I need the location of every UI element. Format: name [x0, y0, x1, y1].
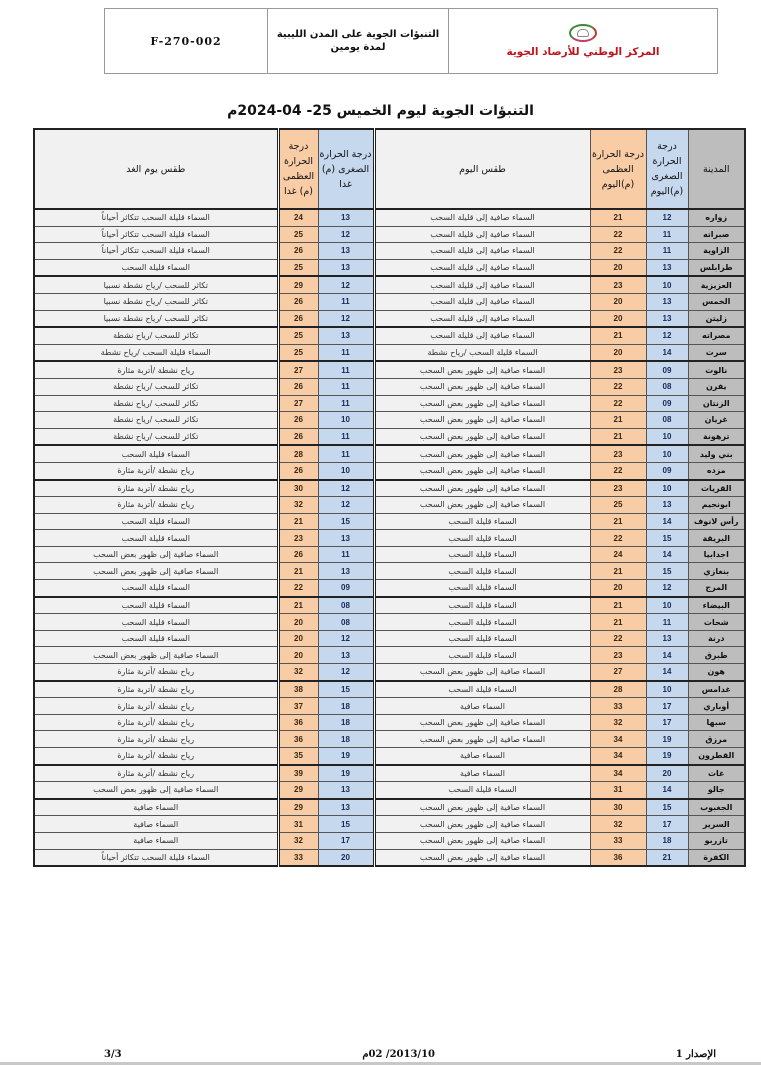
- cell-weather-today: السماء صافية: [374, 698, 590, 715]
- cell-max-today: 34: [590, 748, 646, 765]
- table-row: طبرق1423السماء قليلة السحب1320السماء صاف…: [34, 647, 745, 664]
- cell-weather-tomorrow: السماء قليلة السحب تتكاثر أحياناً: [34, 226, 278, 243]
- document-title-cell: التنبؤات الجوية على المدن الليبية لمدة ي…: [268, 9, 449, 73]
- cell-max-today: 20: [590, 293, 646, 310]
- cell-max-tomorrow: 36: [278, 714, 318, 731]
- cell-min-tomorrow: 08: [318, 597, 374, 614]
- cell-max-today: 22: [590, 530, 646, 547]
- cell-max-tomorrow: 21: [278, 513, 318, 530]
- cell-weather-today: السماء قليلة السحب: [374, 563, 590, 580]
- cell-city: العزيزية: [688, 276, 745, 293]
- cell-weather-tomorrow: رياح نشطة /أتربة مثارة: [34, 681, 278, 698]
- cell-weather-tomorrow: تكاثر للسحب /رياح نشطة: [34, 412, 278, 429]
- cell-min-tomorrow: 19: [318, 765, 374, 782]
- table-row: هون1427السماء صافية إلى ظهور بعض السحب12…: [34, 664, 745, 681]
- issue-date: 2013/10/ 02م: [362, 1049, 435, 1060]
- table-row: رأس لانوف1421السماء قليلة السحب1521السما…: [34, 513, 745, 530]
- cell-min-tomorrow: 13: [318, 530, 374, 547]
- cell-weather-tomorrow: رياح نشطة /أتربة مثارة: [34, 497, 278, 514]
- table-row: ترهونة1021السماء صافية إلى ظهور بعض السح…: [34, 428, 745, 445]
- form-code: F-270-002: [105, 9, 268, 73]
- cell-max-today: 30: [590, 799, 646, 816]
- cell-min-tomorrow: 15: [318, 513, 374, 530]
- cell-min-today: 08: [646, 412, 688, 429]
- cell-city: طرابلس: [688, 259, 745, 276]
- cell-weather-today: السماء صافية إلى ظهور بعض السحب: [374, 799, 590, 816]
- cloud-emblem-icon: [569, 24, 597, 42]
- cell-min-tomorrow: 11: [318, 378, 374, 395]
- cell-city: ابونجيم: [688, 497, 745, 514]
- header-city: المدينة: [688, 129, 745, 209]
- cell-city: رأس لانوف: [688, 513, 745, 530]
- cell-max-tomorrow: 26: [278, 546, 318, 563]
- cell-min-today: 19: [646, 748, 688, 765]
- table-row: يفرن0822السماء صافية إلى ظهور بعض السحب1…: [34, 378, 745, 395]
- table-row: زليتن1320السماء صافية إلى قليلة السحب122…: [34, 310, 745, 327]
- cell-weather-tomorrow: السماء قليلة السحب تتكاثر أحياناً: [34, 243, 278, 260]
- cell-max-tomorrow: 20: [278, 614, 318, 631]
- table-row: القريات1023السماء صافية إلى ظهور بعض الس…: [34, 480, 745, 497]
- table-row: ابونجيم1325السماء صافية إلى ظهور بعض الس…: [34, 497, 745, 514]
- cell-city: زواره: [688, 209, 745, 226]
- cell-weather-today: السماء صافية إلى ظهور بعض السحب: [374, 832, 590, 849]
- cell-weather-tomorrow: السماء صافية إلى ظهور بعض السحب: [34, 563, 278, 580]
- cell-max-today: 21: [590, 209, 646, 226]
- header-weather-today: طقس اليوم: [374, 129, 590, 209]
- cell-min-today: 21: [646, 849, 688, 866]
- cell-weather-today: السماء صافية إلى ظهور بعض السحب: [374, 664, 590, 681]
- cell-weather-today: السماء صافية إلى ظهور بعض السحب: [374, 462, 590, 479]
- table-row: مرزق1934السماء صافية إلى ظهور بعض السحب1…: [34, 731, 745, 748]
- cell-max-today: 22: [590, 226, 646, 243]
- cell-max-tomorrow: 25: [278, 327, 318, 344]
- cell-weather-today: السماء صافية إلى ظهور بعض السحب: [374, 395, 590, 412]
- cell-city: الخمس: [688, 293, 745, 310]
- cell-city: الجغبوب: [688, 799, 745, 816]
- table-row: الكفرة2136السماء صافية إلى ظهور بعض السح…: [34, 849, 745, 866]
- cell-weather-tomorrow: رياح نشطة /أتربة مثارة: [34, 748, 278, 765]
- cell-max-today: 24: [590, 546, 646, 563]
- cell-min-today: 13: [646, 630, 688, 647]
- cell-weather-today: السماء صافية إلى قليلة السحب: [374, 276, 590, 293]
- cell-weather-today: السماء قليلة السحب: [374, 546, 590, 563]
- cell-city: السرير: [688, 816, 745, 833]
- cell-max-today: 21: [590, 327, 646, 344]
- cell-min-today: 17: [646, 698, 688, 715]
- cell-min-today: 14: [646, 782, 688, 799]
- cell-max-today: 23: [590, 480, 646, 497]
- cell-max-tomorrow: 28: [278, 445, 318, 462]
- cell-max-today: 22: [590, 462, 646, 479]
- cell-weather-tomorrow: السماء قليلة السحب: [34, 614, 278, 631]
- cell-weather-tomorrow: السماء قليلة السحب: [34, 597, 278, 614]
- cell-weather-today: السماء صافية إلى ظهور بعض السحب: [374, 497, 590, 514]
- cell-city: بني وليد: [688, 445, 745, 462]
- cell-max-tomorrow: 27: [278, 361, 318, 378]
- cell-max-today: 21: [590, 614, 646, 631]
- organization-name: المركز الوطني للأرصاد الجوية: [506, 46, 659, 58]
- cell-max-today: 23: [590, 647, 646, 664]
- cell-city: يفرن: [688, 378, 745, 395]
- cell-min-tomorrow: 13: [318, 799, 374, 816]
- cell-max-today: 34: [590, 731, 646, 748]
- cell-min-today: 13: [646, 293, 688, 310]
- cell-min-tomorrow: 11: [318, 344, 374, 361]
- cell-weather-today: السماء صافية إلى ظهور بعض السحب: [374, 849, 590, 866]
- table-row: البيضاء1021السماء قليلة السحب0821السماء …: [34, 597, 745, 614]
- page-title: التنبؤات الجوية ليوم الخميس 25- 04-2024م: [0, 103, 761, 119]
- cell-min-today: 14: [646, 664, 688, 681]
- cell-min-today: 15: [646, 799, 688, 816]
- cell-weather-today: السماء قليلة السحب: [374, 597, 590, 614]
- cell-weather-today: السماء قليلة السحب: [374, 580, 590, 597]
- cell-max-tomorrow: 39: [278, 765, 318, 782]
- cell-max-today: 23: [590, 276, 646, 293]
- cell-city: طبرق: [688, 647, 745, 664]
- cell-max-tomorrow: 27: [278, 395, 318, 412]
- cell-min-today: 12: [646, 580, 688, 597]
- cell-min-tomorrow: 13: [318, 243, 374, 260]
- cell-min-today: 14: [646, 647, 688, 664]
- cell-max-today: 21: [590, 597, 646, 614]
- table-row: اجدابيا1424السماء قليلة السحب1126السماء …: [34, 546, 745, 563]
- cell-weather-today: السماء صافية إلى قليلة السحب: [374, 259, 590, 276]
- table-row: نالوت0923السماء صافية إلى ظهور بعض السحب…: [34, 361, 745, 378]
- cell-weather-tomorrow: رياح نشطة /أتربة مثارة: [34, 480, 278, 497]
- cell-weather-tomorrow: السماء صافية إلى ظهور بعض السحب: [34, 782, 278, 799]
- cell-max-today: 25: [590, 497, 646, 514]
- cell-max-tomorrow: 26: [278, 462, 318, 479]
- cell-min-tomorrow: 10: [318, 462, 374, 479]
- cell-max-tomorrow: 32: [278, 497, 318, 514]
- cell-max-today: 36: [590, 849, 646, 866]
- cell-weather-today: السماء صافية إلى قليلة السحب: [374, 327, 590, 344]
- forecast-table: المدينة درجة الحرارة الصغرى (م)اليوم درج…: [33, 128, 746, 867]
- cell-max-tomorrow: 26: [278, 293, 318, 310]
- table-row: صبراته1122السماء صافية إلى قليلة السحب12…: [34, 226, 745, 243]
- table-row: طرابلس1320السماء صافية إلى قليلة السحب13…: [34, 259, 745, 276]
- cell-max-today: 22: [590, 378, 646, 395]
- cell-weather-today: السماء قليلة السحب: [374, 614, 590, 631]
- cell-max-today: 20: [590, 259, 646, 276]
- cell-city: الكفرة: [688, 849, 745, 866]
- document-title-line2: لمدة يومين: [277, 41, 439, 54]
- cell-max-today: 33: [590, 698, 646, 715]
- cell-max-today: 22: [590, 395, 646, 412]
- cell-min-today: 09: [646, 361, 688, 378]
- cell-weather-today: السماء صافية إلى ظهور بعض السحب: [374, 428, 590, 445]
- cell-weather-tomorrow: السماء قليلة السحب: [34, 259, 278, 276]
- cell-max-today: 22: [590, 243, 646, 260]
- cell-weather-tomorrow: السماء قليلة السحب: [34, 513, 278, 530]
- cell-weather-tomorrow: تكاثر للسحب /رياح نشطة: [34, 428, 278, 445]
- cell-min-tomorrow: 17: [318, 832, 374, 849]
- cell-city: سبها: [688, 714, 745, 731]
- cell-min-tomorrow: 11: [318, 445, 374, 462]
- cell-min-tomorrow: 08: [318, 614, 374, 631]
- cell-weather-today: السماء صافية: [374, 748, 590, 765]
- cell-min-tomorrow: 12: [318, 630, 374, 647]
- cell-max-today: 21: [590, 428, 646, 445]
- cell-max-tomorrow: 20: [278, 647, 318, 664]
- cell-min-today: 13: [646, 259, 688, 276]
- cell-min-tomorrow: 11: [318, 428, 374, 445]
- organization-cell: المركز الوطني للأرصاد الجوية: [449, 9, 717, 73]
- cell-min-today: 14: [646, 546, 688, 563]
- cell-max-today: 27: [590, 664, 646, 681]
- cell-min-tomorrow: 10: [318, 412, 374, 429]
- cell-weather-today: السماء قليلة السحب: [374, 647, 590, 664]
- cell-city: مصراته: [688, 327, 745, 344]
- cell-city: صبراته: [688, 226, 745, 243]
- page-number: 3/3: [104, 1049, 122, 1060]
- table-row: غدامس1028السماء قليلة السحب1538رياح نشطة…: [34, 681, 745, 698]
- cell-min-tomorrow: 12: [318, 276, 374, 293]
- cell-min-today: 18: [646, 832, 688, 849]
- cell-max-tomorrow: 25: [278, 259, 318, 276]
- cell-weather-today: السماء قليلة السحب: [374, 513, 590, 530]
- cell-weather-tomorrow: السماء صافية: [34, 832, 278, 849]
- cell-max-tomorrow: 26: [278, 412, 318, 429]
- cell-min-today: 13: [646, 497, 688, 514]
- cell-max-today: 21: [590, 513, 646, 530]
- cell-city: اجدابيا: [688, 546, 745, 563]
- table-row: مصراته1221السماء صافية إلى قليلة السحب13…: [34, 327, 745, 344]
- header-min-tomorrow: درجة الحرارة الصغرى (م) غدا: [318, 129, 374, 209]
- cell-max-tomorrow: 36: [278, 731, 318, 748]
- cell-min-tomorrow: 20: [318, 849, 374, 866]
- cell-city: مزده: [688, 462, 745, 479]
- cell-city: هون: [688, 664, 745, 681]
- cell-city: الزاوية: [688, 243, 745, 260]
- cell-min-tomorrow: 15: [318, 816, 374, 833]
- table-row: سرت1420السماء قليلة السحب /رياح نشطة1125…: [34, 344, 745, 361]
- cell-max-tomorrow: 35: [278, 748, 318, 765]
- document-header: F-270-002 التنبؤات الجوية على المدن اللي…: [104, 8, 718, 74]
- cell-weather-tomorrow: السماء قليلة السحب تتكاثر أحياناً: [34, 209, 278, 226]
- table-row: السرير1732السماء صافية إلى ظهور بعض السح…: [34, 816, 745, 833]
- cell-weather-tomorrow: رياح نشطة /أتربة مثارة: [34, 714, 278, 731]
- cell-max-today: 31: [590, 782, 646, 799]
- cell-min-tomorrow: 19: [318, 748, 374, 765]
- table-row: الزاوية1122السماء صافية إلى قليلة السحب1…: [34, 243, 745, 260]
- cell-min-today: 11: [646, 226, 688, 243]
- cell-min-tomorrow: 13: [318, 327, 374, 344]
- cell-weather-today: السماء قليلة السحب: [374, 630, 590, 647]
- cell-weather-today: السماء صافية إلى ظهور بعض السحب: [374, 412, 590, 429]
- cell-weather-today: السماء صافية إلى ظهور بعض السحب: [374, 480, 590, 497]
- cell-max-today: 23: [590, 445, 646, 462]
- cell-weather-tomorrow: السماء صافية إلى ظهور بعض السحب: [34, 647, 278, 664]
- cell-min-today: 10: [646, 480, 688, 497]
- page-footer: 3/3 2013/10/ 02م الإصدار 1: [104, 1046, 716, 1062]
- cell-min-today: 09: [646, 395, 688, 412]
- cell-min-tomorrow: 11: [318, 293, 374, 310]
- table-row: المرج1220السماء قليلة السحب0922السماء قل…: [34, 580, 745, 597]
- cell-weather-tomorrow: رياح نشطة /أتربة مثارة: [34, 462, 278, 479]
- cell-weather-tomorrow: السماء قليلة السحب: [34, 580, 278, 597]
- cell-max-tomorrow: 25: [278, 226, 318, 243]
- cell-min-today: 15: [646, 563, 688, 580]
- cell-min-tomorrow: 12: [318, 664, 374, 681]
- cell-weather-today: السماء صافية إلى قليلة السحب: [374, 243, 590, 260]
- table-row: تازربو1833السماء صافية إلى ظهور بعض السح…: [34, 832, 745, 849]
- cell-weather-tomorrow: رياح نشطة /أتربة مثارة: [34, 765, 278, 782]
- cell-weather-today: السماء صافية إلى ظهور بعض السحب: [374, 445, 590, 462]
- cell-min-tomorrow: 18: [318, 731, 374, 748]
- table-row: أوباري1733السماء صافية1837رياح نشطة /أتر…: [34, 698, 745, 715]
- cell-weather-tomorrow: رياح نشطة /أتربة مثارة: [34, 664, 278, 681]
- cell-min-today: 09: [646, 462, 688, 479]
- cell-max-today: 21: [590, 412, 646, 429]
- cell-min-tomorrow: 09: [318, 580, 374, 597]
- cell-city: سرت: [688, 344, 745, 361]
- cell-max-tomorrow: 32: [278, 832, 318, 849]
- cell-weather-today: السماء قليلة السحب: [374, 681, 590, 698]
- cell-weather-today: السماء صافية إلى ظهور بعض السحب: [374, 714, 590, 731]
- table-row: جالو1431السماء قليلة السحب1329السماء صاف…: [34, 782, 745, 799]
- cell-city: ترهونة: [688, 428, 745, 445]
- cell-weather-tomorrow: تكاثر للسحب /رياح نشطة: [34, 327, 278, 344]
- cell-weather-today: السماء قليلة السحب: [374, 782, 590, 799]
- cell-city: تازربو: [688, 832, 745, 849]
- cell-max-today: 34: [590, 765, 646, 782]
- cell-city: القطرون: [688, 748, 745, 765]
- cell-max-tomorrow: 23: [278, 530, 318, 547]
- header-max-tomorrow: درجة الحرارة العظمى (م) غدا: [278, 129, 318, 209]
- cell-min-tomorrow: 18: [318, 698, 374, 715]
- cell-min-tomorrow: 18: [318, 714, 374, 731]
- cell-city: أوباري: [688, 698, 745, 715]
- cell-weather-today: السماء صافية إلى قليلة السحب: [374, 293, 590, 310]
- table-row: القطرون1934السماء صافية1935رياح نشطة /أت…: [34, 748, 745, 765]
- cell-weather-tomorrow: السماء صافية: [34, 816, 278, 833]
- cell-min-tomorrow: 11: [318, 395, 374, 412]
- cell-city: غدامس: [688, 681, 745, 698]
- cell-max-tomorrow: 22: [278, 580, 318, 597]
- cell-weather-today: السماء صافية إلى قليلة السحب: [374, 226, 590, 243]
- cell-max-tomorrow: 29: [278, 276, 318, 293]
- cell-min-today: 17: [646, 714, 688, 731]
- cell-min-today: 17: [646, 816, 688, 833]
- cell-min-tomorrow: 15: [318, 681, 374, 698]
- cell-weather-tomorrow: السماء قليلة السحب: [34, 445, 278, 462]
- header-min-today: درجة الحرارة الصغرى (م)اليوم: [646, 129, 688, 209]
- table-row: الخمس1320السماء صافية إلى قليلة السحب112…: [34, 293, 745, 310]
- cell-max-today: 32: [590, 714, 646, 731]
- cell-city: البريقة: [688, 530, 745, 547]
- cell-min-today: 15: [646, 530, 688, 547]
- cell-weather-tomorrow: السماء صافية إلى ظهور بعض السحب: [34, 546, 278, 563]
- cell-city: المرج: [688, 580, 745, 597]
- cell-max-tomorrow: 20: [278, 630, 318, 647]
- cell-max-tomorrow: 29: [278, 782, 318, 799]
- cell-max-tomorrow: 24: [278, 209, 318, 226]
- cell-min-today: 13: [646, 310, 688, 327]
- cell-min-today: 19: [646, 731, 688, 748]
- cell-max-tomorrow: 37: [278, 698, 318, 715]
- table-row: غات2034السماء صافية1939رياح نشطة /أتربة …: [34, 765, 745, 782]
- cell-weather-tomorrow: تكاثر للسحب /رياح نشطة نسبيا: [34, 276, 278, 293]
- cell-city: غريان: [688, 412, 745, 429]
- cell-min-tomorrow: 13: [318, 782, 374, 799]
- cell-max-today: 33: [590, 832, 646, 849]
- cell-city: الزنتان: [688, 395, 745, 412]
- table-header-row: المدينة درجة الحرارة الصغرى (م)اليوم درج…: [34, 129, 745, 209]
- cell-weather-tomorrow: تكاثر للسحب /رياح نشطة: [34, 378, 278, 395]
- cell-city: القريات: [688, 480, 745, 497]
- cell-min-today: 11: [646, 243, 688, 260]
- cell-min-tomorrow: 13: [318, 647, 374, 664]
- cell-min-today: 14: [646, 344, 688, 361]
- cell-max-today: 32: [590, 816, 646, 833]
- table-row: الجغبوب1530السماء صافية إلى ظهور بعض الس…: [34, 799, 745, 816]
- cell-city: مرزق: [688, 731, 745, 748]
- cell-min-tomorrow: 13: [318, 259, 374, 276]
- cell-min-tomorrow: 12: [318, 497, 374, 514]
- cell-weather-today: السماء قليلة السحب /رياح نشطة: [374, 344, 590, 361]
- cell-weather-tomorrow: السماء قليلة السحب /رياح نشطة: [34, 344, 278, 361]
- cell-weather-today: السماء صافية إلى ظهور بعض السحب: [374, 731, 590, 748]
- cell-min-today: 12: [646, 327, 688, 344]
- cell-weather-tomorrow: تكاثر للسحب /رياح نشطة: [34, 395, 278, 412]
- cell-min-today: 12: [646, 209, 688, 226]
- edition-label: الإصدار 1: [676, 1049, 716, 1060]
- cell-min-today: 10: [646, 597, 688, 614]
- cell-weather-tomorrow: رياح نشطة /أتربة مثارة: [34, 731, 278, 748]
- cell-min-today: 11: [646, 614, 688, 631]
- cell-min-today: 10: [646, 445, 688, 462]
- cell-city: شحات: [688, 614, 745, 631]
- cell-min-tomorrow: 13: [318, 209, 374, 226]
- cell-min-tomorrow: 12: [318, 226, 374, 243]
- cell-weather-tomorrow: رياح نشطة /أتربة مثارة: [34, 361, 278, 378]
- cell-weather-today: السماء صافية إلى ظهور بعض السحب: [374, 816, 590, 833]
- cell-min-tomorrow: 11: [318, 361, 374, 378]
- cell-max-tomorrow: 32: [278, 664, 318, 681]
- cell-min-tomorrow: 12: [318, 310, 374, 327]
- cell-min-tomorrow: 11: [318, 546, 374, 563]
- cell-weather-tomorrow: تكاثر للسحب /رياح نشطة نسبيا: [34, 310, 278, 327]
- cell-weather-today: السماء صافية: [374, 765, 590, 782]
- cell-weather-today: السماء صافية إلى قليلة السحب: [374, 310, 590, 327]
- cell-weather-tomorrow: رياح نشطة /أتربة مثارة: [34, 698, 278, 715]
- cell-max-today: 20: [590, 344, 646, 361]
- cell-max-tomorrow: 26: [278, 378, 318, 395]
- table-row: سبها1732السماء صافية إلى ظهور بعض السحب1…: [34, 714, 745, 731]
- cell-min-today: 10: [646, 681, 688, 698]
- header-max-today: درجة الحرارة العظمى (م)اليوم: [590, 129, 646, 209]
- cell-max-tomorrow: 38: [278, 681, 318, 698]
- cell-weather-tomorrow: السماء صافية: [34, 799, 278, 816]
- table-row: زواره1221السماء صافية إلى قليلة السحب132…: [34, 209, 745, 226]
- cell-max-today: 21: [590, 563, 646, 580]
- cell-max-tomorrow: 26: [278, 243, 318, 260]
- document-title-line1: التنبؤات الجوية على المدن الليبية: [277, 28, 439, 41]
- cell-weather-tomorrow: تكاثر للسحب /رياح نشطة نسبيا: [34, 293, 278, 310]
- cell-city: نالوت: [688, 361, 745, 378]
- table-row: درنة1322السماء قليلة السحب1220السماء قلي…: [34, 630, 745, 647]
- table-row: غريان0821السماء صافية إلى ظهور بعض السحب…: [34, 412, 745, 429]
- cell-max-tomorrow: 31: [278, 816, 318, 833]
- cell-max-tomorrow: 21: [278, 597, 318, 614]
- cell-max-today: 22: [590, 630, 646, 647]
- cell-city: جالو: [688, 782, 745, 799]
- cell-weather-tomorrow: السماء قليلة السحب: [34, 530, 278, 547]
- cell-max-tomorrow: 29: [278, 799, 318, 816]
- cell-max-tomorrow: 30: [278, 480, 318, 497]
- cell-city: بنغازي: [688, 563, 745, 580]
